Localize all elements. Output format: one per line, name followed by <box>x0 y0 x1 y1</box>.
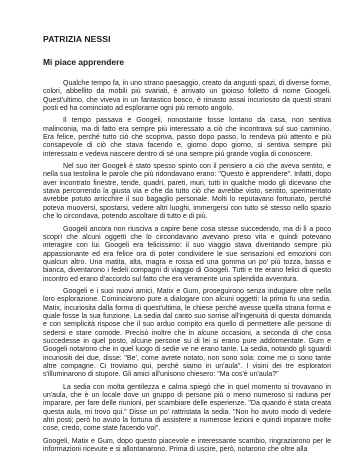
author-name: PATRIZIA NESSI <box>43 34 111 44</box>
paragraph: Nel suo iter Googeli è stato spesso spin… <box>43 163 331 221</box>
paragraph: Googeli, Matix e Gum, dopo questo piacev… <box>43 438 331 455</box>
paragraph: Googeli e i suoi nuovi amici, Matix e Gu… <box>43 288 331 380</box>
story-body: Qualche tempo fa, in uno strano paesaggi… <box>43 80 331 458</box>
paragraph: Qualche tempo fa, in uno strano paesaggi… <box>43 80 331 113</box>
paragraph: Googeli ancora non riusciva a capire ben… <box>43 226 331 284</box>
paragraph: La sedia con molta gentilezza e calma sp… <box>43 384 331 434</box>
story-title: Mi piace apprendere <box>43 57 124 67</box>
paragraph: Il tempo passava e Googeli, nonostante f… <box>43 117 331 159</box>
document-page: PATRIZIA NESSI Mi piace apprendere Qualc… <box>0 0 360 466</box>
